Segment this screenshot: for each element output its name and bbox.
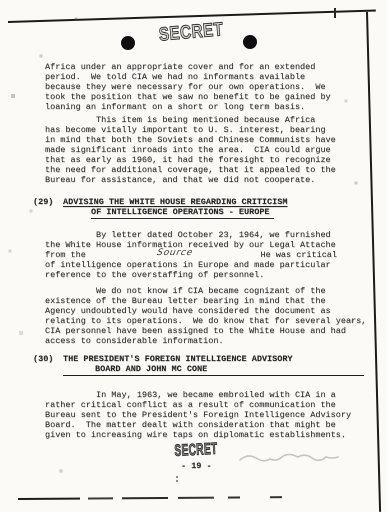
paragraph-letter-october-cont: of intelligence operations in Europe and… [45, 260, 331, 280]
paragraph-may-1963: In May, 1963, we became embroiled with C… [45, 390, 351, 440]
page-number: - 19 - [181, 461, 212, 471]
redacted-line-right-text: He was critical [260, 250, 337, 260]
section-30-titles: THE PRESIDENT'S FOREIGN INTELLIGENCE ADV… [63, 354, 364, 376]
section-29-heading: (29) ADVISING THE WHITE HOUSE REGARDING … [33, 197, 287, 219]
hole-punch-right [243, 35, 257, 49]
page-right-edge-line [366, 12, 381, 512]
bottom-scan-line-artifact [18, 496, 303, 500]
secret-stamp-bottom: SECRET [174, 439, 218, 460]
colon-scan-artifact [176, 476, 178, 478]
paragraph-africa-importance: This item is being mentioned because Afr… [45, 115, 336, 185]
page-top-tick-artifact [334, 8, 336, 18]
section-30-title-line2: BOARD AND JOHN MC CONE [63, 364, 364, 376]
section-29-titles: ADVISING THE WHITE HOUSE REGARDING CRITI… [63, 197, 287, 219]
pencil-squiggle-artifact [238, 446, 348, 466]
scanned-document-page: { "stamps": { "top": "SECRET", "bottom":… [0, 0, 387, 512]
section-30-number: (30) [33, 354, 63, 364]
section-29-title-line2: OF INTELLIGENCE OPERATIONS - EUROPE [91, 207, 274, 219]
redacted-line-left-text: from the [45, 250, 86, 260]
section-30-heading: (30) THE PRESIDENT'S FOREIGN INTELLIGENC… [33, 354, 364, 376]
section-29-title-line1: ADVISING THE WHITE HOUSE REGARDING CRITI… [63, 197, 287, 207]
hole-punch-left [121, 36, 135, 50]
section-30-title-line1: THE PRESIDENT'S FOREIGN INTELLIGENCE ADV… [63, 354, 364, 364]
scan-speckles [0, 0, 2, 2]
redacted-source-line: from the Source He was critical [45, 250, 337, 260]
paragraph-africa-cover: Africa under an appropriate cover and fo… [45, 62, 331, 112]
paragraph-letter-october: By letter dated October 23, 1964, we fur… [45, 230, 336, 250]
section-29-number: (29) [33, 197, 63, 207]
handwritten-source-annotation: Source [156, 248, 194, 258]
paragraph-cia-cognizant: We do not know if CIA became cognizant o… [45, 286, 366, 346]
secret-stamp-top: SECRET [158, 18, 224, 46]
